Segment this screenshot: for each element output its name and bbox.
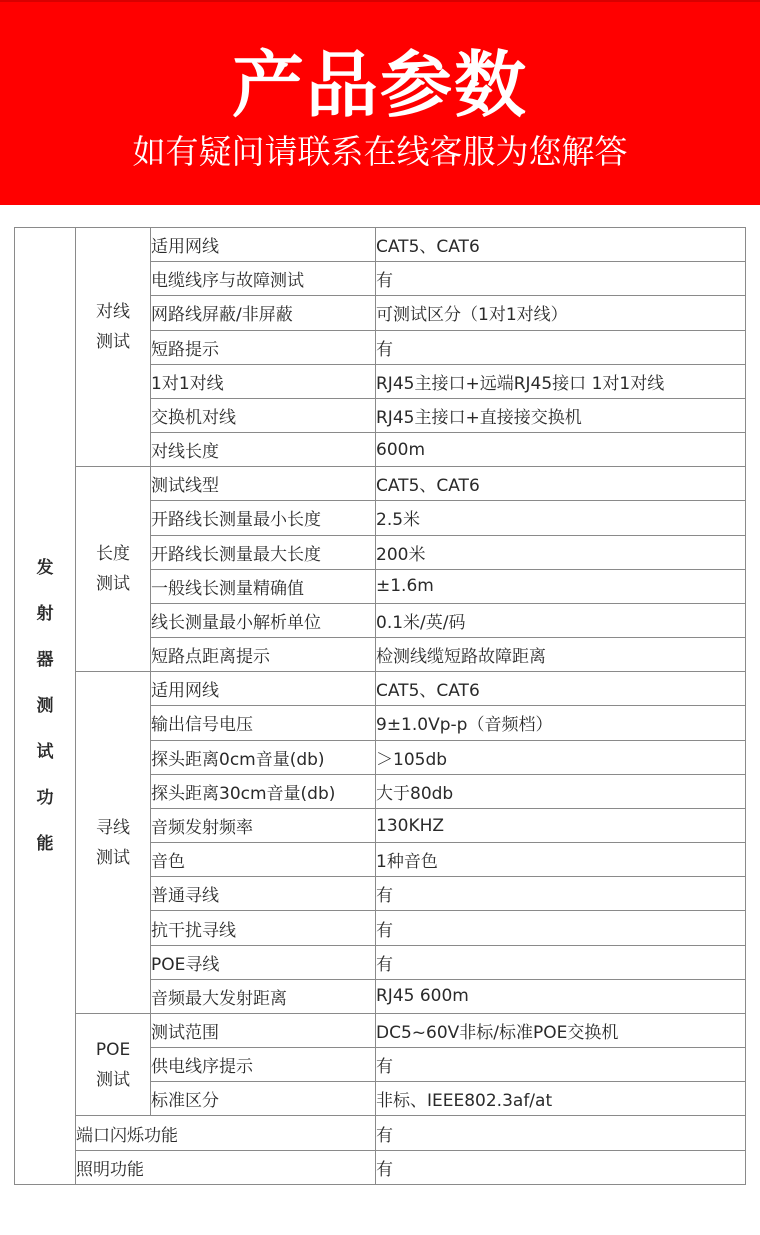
spec-item-value: 检测线缆短路故障距离 xyxy=(376,638,746,672)
spec-item-name: 线长测量最小解析单位 xyxy=(151,603,376,637)
spec-item-value: 有 xyxy=(376,1150,746,1184)
spec-item-value: 1种音色 xyxy=(376,843,746,877)
spec-item-value: 有 xyxy=(376,1116,746,1150)
table-row: 寻线测试适用网线CAT5、CAT6 xyxy=(15,672,746,706)
spec-item-value: 有 xyxy=(376,1048,746,1082)
spec-item-value: CAT5、CAT6 xyxy=(376,672,746,706)
spec-item-value: CAT5、CAT6 xyxy=(376,228,746,262)
main-category-char: 测 xyxy=(37,683,54,729)
spec-item-value: RJ45 600m xyxy=(376,979,746,1013)
spec-item-name: 音色 xyxy=(151,843,376,877)
spec-item-value: 非标、IEEE802.3af/at xyxy=(376,1082,746,1116)
spec-item-name: 探头距离0cm音量(db) xyxy=(151,740,376,774)
spec-item-name: 对线长度 xyxy=(151,433,376,467)
group-label-line2: 测试 xyxy=(76,327,150,357)
spec-item-name: 网路线屏蔽/非屏蔽 xyxy=(151,296,376,330)
spec-item-value: RJ45主接口+直接接交换机 xyxy=(376,398,746,432)
spec-item-name: 音频发射频率 xyxy=(151,808,376,842)
spec-item-value: DC5~60V非标/标准POE交换机 xyxy=(376,1013,746,1047)
group-label-cell: 对线测试 xyxy=(76,228,151,467)
spec-table: 发射器测试功能对线测试适用网线CAT5、CAT6电缆线序与故障测试有网路线屏蔽/… xyxy=(14,227,746,1185)
spec-item-value: 有 xyxy=(376,330,746,364)
group-label-line1: 对线 xyxy=(76,297,150,327)
spec-item-value: 有 xyxy=(376,911,746,945)
spec-item-name: 标准区分 xyxy=(151,1082,376,1116)
spec-item-name: 适用网线 xyxy=(151,672,376,706)
table-row: POE测试测试范围DC5~60V非标/标准POE交换机 xyxy=(15,1013,746,1047)
header-banner: 产品参数 如有疑问请联系在线客服为您解答 xyxy=(0,0,760,205)
page-subtitle: 如有疑问请联系在线客服为您解答 xyxy=(0,130,760,174)
spec-item-value: 0.1米/英/码 xyxy=(376,603,746,637)
spec-item-value: 9±1.0Vp-p（音频档） xyxy=(376,706,746,740)
group-label-line1: POE xyxy=(76,1035,150,1065)
spec-item-name: POE寻线 xyxy=(151,945,376,979)
spec-item-name: 供电线序提示 xyxy=(151,1048,376,1082)
group-label-cell: 寻线测试 xyxy=(76,672,151,1014)
table-row: 发射器测试功能对线测试适用网线CAT5、CAT6 xyxy=(15,228,746,262)
main-category-char: 射 xyxy=(37,591,54,637)
spec-item-name: 测试范围 xyxy=(151,1013,376,1047)
spec-item-name: 一般线长测量精确值 xyxy=(151,569,376,603)
main-category-cell: 发射器测试功能 xyxy=(15,228,76,1185)
group-label-cell: POE测试 xyxy=(76,1013,151,1116)
spec-item-name: 测试线型 xyxy=(151,467,376,501)
spec-item-name: 交换机对线 xyxy=(151,398,376,432)
spec-item-name: 1对1对线 xyxy=(151,364,376,398)
spec-item-name: 端口闪烁功能 xyxy=(76,1116,376,1150)
spec-item-name: 输出信号电压 xyxy=(151,706,376,740)
spec-item-name: 照明功能 xyxy=(76,1150,376,1184)
main-category-char: 器 xyxy=(37,637,54,683)
spec-item-value: 130KHZ xyxy=(376,808,746,842)
main-category-char: 试 xyxy=(37,729,54,775)
spec-item-name: 抗干扰寻线 xyxy=(151,911,376,945)
main-category-char: 发 xyxy=(37,545,54,591)
spec-item-value: ±1.6m xyxy=(376,569,746,603)
spec-table-body: 发射器测试功能对线测试适用网线CAT5、CAT6电缆线序与故障测试有网路线屏蔽/… xyxy=(15,228,746,1185)
spec-item-name: 普通寻线 xyxy=(151,877,376,911)
spec-item-name: 探头距离30cm音量(db) xyxy=(151,774,376,808)
table-row: 照明功能有 xyxy=(15,1150,746,1184)
spec-item-name: 开路线长测量最小长度 xyxy=(151,501,376,535)
group-label-line1: 长度 xyxy=(76,539,150,569)
main-category-label: 发射器测试功能 xyxy=(37,545,54,867)
group-label-line2: 测试 xyxy=(76,1065,150,1095)
group-label-cell: 长度测试 xyxy=(76,467,151,672)
spec-item-value: RJ45主接口+远端RJ45接口 1对1对线 xyxy=(376,364,746,398)
spec-item-value: 大于80db xyxy=(376,774,746,808)
table-row: 端口闪烁功能有 xyxy=(15,1116,746,1150)
spec-item-value: 有 xyxy=(376,945,746,979)
group-label-line2: 测试 xyxy=(76,569,150,599)
spec-item-value: 200米 xyxy=(376,535,746,569)
spec-item-name: 音频最大发射距离 xyxy=(151,979,376,1013)
group-label-line2: 测试 xyxy=(76,843,150,873)
group-label-line1: 寻线 xyxy=(76,813,150,843)
spec-item-value: 可测试区分（1对1对线） xyxy=(376,296,746,330)
main-category-char: 功 xyxy=(37,775,54,821)
spec-item-value: 有 xyxy=(376,877,746,911)
spec-item-value: 有 xyxy=(376,262,746,296)
spec-item-name: 电缆线序与故障测试 xyxy=(151,262,376,296)
table-row: 长度测试测试线型CAT5、CAT6 xyxy=(15,467,746,501)
spec-item-name: 适用网线 xyxy=(151,228,376,262)
main-category-char: 能 xyxy=(37,821,54,867)
spec-item-value: ＞105db xyxy=(376,740,746,774)
spec-item-value: CAT5、CAT6 xyxy=(376,467,746,501)
page-title: 产品参数 xyxy=(0,40,760,130)
spec-item-name: 短路提示 xyxy=(151,330,376,364)
spec-item-name: 开路线长测量最大长度 xyxy=(151,535,376,569)
spec-item-name: 短路点距离提示 xyxy=(151,638,376,672)
spec-item-value: 600m xyxy=(376,433,746,467)
spec-item-value: 2.5米 xyxy=(376,501,746,535)
